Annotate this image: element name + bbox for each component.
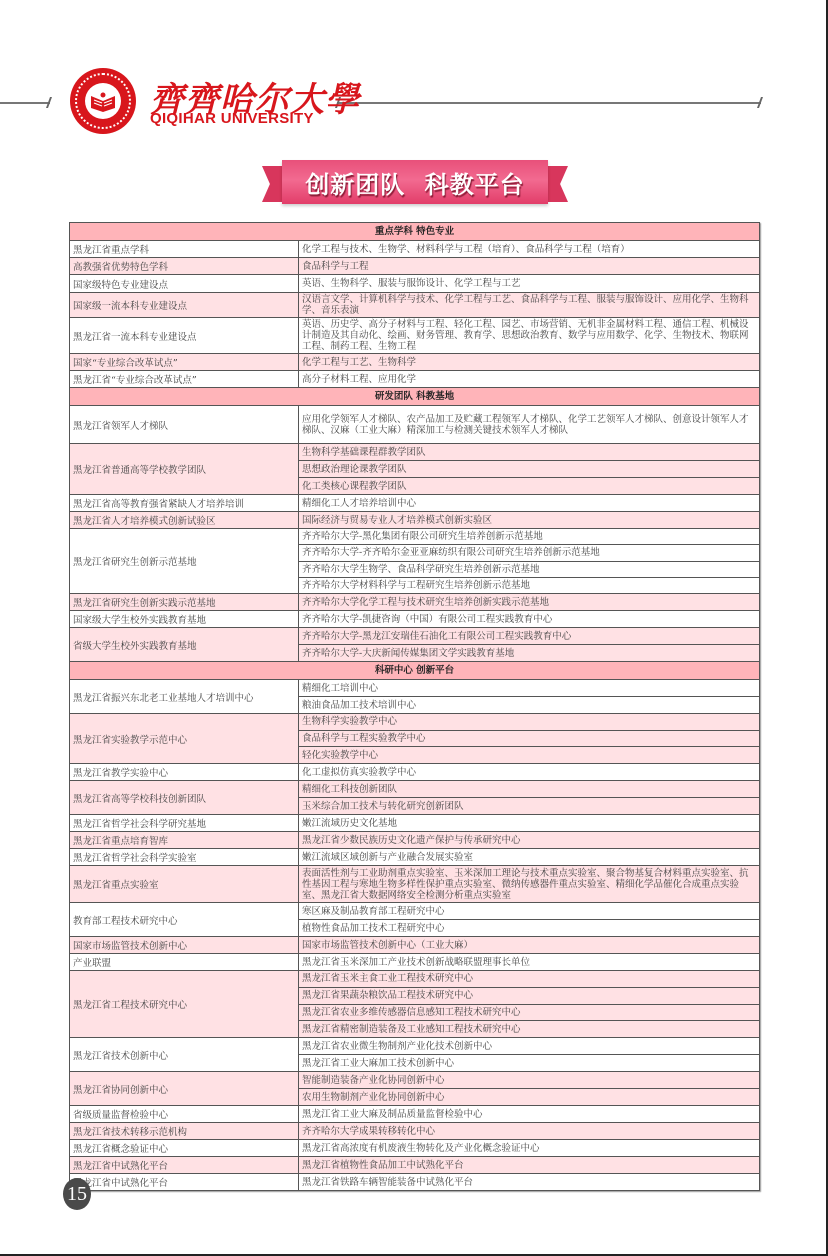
table-row: 黑龙江省教学实验中心化工虚拟仿真实验教学中心 xyxy=(70,764,759,781)
category-cell: 国家级特色专业建设点 xyxy=(70,275,299,292)
category-cell: 教育部工程技术研究中心 xyxy=(70,903,299,936)
table-row: 黑龙江省概念验证中心黑龙江省高浓度有机废液生物转化及产业化概念验证中心 xyxy=(70,1140,759,1157)
item-entry: 智能制造装备产业化协同创新中心 xyxy=(299,1072,759,1089)
item-entry: 轻化实验教学中心 xyxy=(299,747,759,763)
items-cell: 国际经济与贸易专业人才培养模式创新实验区 xyxy=(299,512,759,528)
item-entry: 黑龙江省高浓度有机废液生物转化及产业化概念验证中心 xyxy=(299,1140,759,1156)
items-cell: 黑龙江省农业微生物制剂产业化技术创新中心黑龙江省工业大麻加工技术创新中心 xyxy=(299,1038,759,1071)
university-seal-icon xyxy=(70,68,136,134)
category-cell: 黑龙江省高等教育强省紧缺人才培养培训 xyxy=(70,495,299,511)
items-cell: 齐齐哈尔大学-黑龙江安瑞佳石油化工有限公司工程实践教育中心齐齐哈尔大学-大庆新闻… xyxy=(299,628,759,661)
item-entry: 嫩江流域区域创新与产业融合发展实验室 xyxy=(299,849,759,865)
items-cell: 齐齐哈尔大学-黑化集团有限公司研究生培养创新示范基地齐齐哈尔大学-齐齐哈尔金亚亚… xyxy=(299,529,759,593)
page-number: 15 xyxy=(63,1178,91,1210)
category-cell: 国家市场监管技术创新中心 xyxy=(70,937,299,953)
table-row: 黑龙江省振兴东北老工业基地人才培训中心精细化工培训中心粮油食品加工技术培训中心 xyxy=(70,680,759,714)
item-entry: 精细化工科技创新团队 xyxy=(299,781,759,798)
item-entry: 齐齐哈尔大学-凯捷咨询（中国）有限公司工程实践教育中心 xyxy=(299,611,759,627)
table-row: 黑龙江省重点培育智库黑龙江省少数民族历史文化遗产保护与传承研究中心 xyxy=(70,832,759,849)
table-row: 产业联盟黑龙江省玉米深加工产业技术创新战略联盟理事长单位 xyxy=(70,954,759,971)
table-row: 国家“专业综合改革试点”化学工程与工艺、生物科学 xyxy=(70,354,759,371)
items-cell: 寒区麻及制品教育部工程研究中心植物性食品加工技术工程研究中心 xyxy=(299,903,759,936)
items-cell: 黑龙江省高浓度有机废液生物转化及产业化概念验证中心 xyxy=(299,1140,759,1156)
table-row: 黑龙江省协同创新中心智能制造装备产业化协同创新中心农用生物制剂产业化协同创新中心 xyxy=(70,1072,759,1106)
item-entry: 黑龙江省工业大麻加工技术创新中心 xyxy=(299,1055,759,1071)
section-banner: 创新团队 科教平台 xyxy=(262,160,568,208)
table-row: 国家级一流本科专业建设点汉语言文学、计算机科学与技术、化学工程与工艺、食品科学与… xyxy=(70,293,759,318)
item-entry: 齐齐哈尔大学-黑化集团有限公司研究生培养创新示范基地 xyxy=(299,529,759,545)
ribbon-body: 创新团队 科教平台 xyxy=(282,160,548,204)
item-entry: 植物性食品加工技术工程研究中心 xyxy=(299,920,759,936)
items-cell: 化学工程与技术、生物学、材料科学与工程（培育）、食品科学与工程（培育） xyxy=(299,241,759,257)
item-entry: 嫩江流域历史文化基地 xyxy=(299,815,759,831)
category-cell: 黑龙江省重点实验室 xyxy=(70,866,299,902)
table-row: 黑龙江省高等教育强省紧缺人才培养培训精细化工人才培养培训中心 xyxy=(70,495,759,512)
category-cell: 黑龙江省高等学校科技创新团队 xyxy=(70,781,299,814)
category-cell: 黑龙江省中试熟化平台 xyxy=(70,1157,299,1173)
item-entry: 黑龙江省农业多维传感器信息感知工程技术研究中心 xyxy=(299,1005,759,1022)
items-cell: 国家市场监管技术创新中心（工业大麻） xyxy=(299,937,759,953)
table-row: 黑龙江省哲学社会科学实验室嫩江流域区域创新与产业融合发展实验室 xyxy=(70,849,759,866)
section-header: 重点学科 特色专业 xyxy=(70,223,759,241)
item-entry: 生物科学基础课程群教学团队 xyxy=(299,444,759,461)
category-cell: 黑龙江省中试熟化平台 xyxy=(70,1174,299,1190)
category-cell: 省级质量监督检验中心 xyxy=(70,1106,299,1122)
category-cell: 黑龙江省协同创新中心 xyxy=(70,1072,299,1105)
item-entry: 思想政治理论课教学团队 xyxy=(299,461,759,478)
items-cell: 精细化工科技创新团队玉米综合加工技术与转化研究创新团队 xyxy=(299,781,759,814)
category-cell: 黑龙江省哲学社会科学研究基地 xyxy=(70,815,299,831)
items-cell: 黑龙江省少数民族历史文化遗产保护与传承研究中心 xyxy=(299,832,759,848)
table-row: 黑龙江省重点学科化学工程与技术、生物学、材料科学与工程（培育）、食品科学与工程（… xyxy=(70,241,759,258)
category-cell: 黑龙江省振兴东北老工业基地人才培训中心 xyxy=(70,680,299,713)
platforms-table: 重点学科 特色专业黑龙江省重点学科化学工程与技术、生物学、材料科学与工程（培育）… xyxy=(69,222,760,1191)
items-cell: 精细化工人才培养培训中心 xyxy=(299,495,759,511)
item-entry: 黑龙江省精密制造装备及工业感知工程技术研究中心 xyxy=(299,1021,759,1037)
category-cell: 黑龙江省技术创新中心 xyxy=(70,1038,299,1071)
category-cell: 黑龙江省工程技术研究中心 xyxy=(70,971,299,1037)
table-row: 黑龙江省领军人才梯队应用化学领军人才梯队、农产品加工及贮藏工程领军人才梯队、化学… xyxy=(70,406,759,444)
items-cell: 齐齐哈尔大学-凯捷咨询（中国）有限公司工程实践教育中心 xyxy=(299,611,759,627)
item-entry: 精细化工培训中心 xyxy=(299,680,759,697)
rule-tick xyxy=(757,97,763,108)
category-cell: 黑龙江省领军人才梯队 xyxy=(70,406,299,443)
item-entry: 齐齐哈尔大学化学工程与技术研究生培养创新实践示范基地 xyxy=(299,594,759,610)
category-cell: 国家级大学生校外实践教育基地 xyxy=(70,611,299,627)
item-entry: 齐齐哈尔大学成果转移转化中心 xyxy=(299,1123,759,1139)
items-cell: 齐齐哈尔大学化学工程与技术研究生培养创新实践示范基地 xyxy=(299,594,759,610)
items-cell: 汉语言文学、计算机科学与技术、化学工程与工艺、食品科学与工程、服装与服饰设计、应… xyxy=(299,293,759,317)
category-cell: 产业联盟 xyxy=(70,954,299,970)
category-cell: 黑龙江省实验教学示范中心 xyxy=(70,714,299,763)
book-emblem-icon xyxy=(90,92,116,112)
item-entry: 汉语言文学、计算机科学与技术、化学工程与工艺、食品科学与工程、服装与服饰设计、应… xyxy=(299,293,759,317)
item-entry: 黑龙江省农业微生物制剂产业化技术创新中心 xyxy=(299,1038,759,1055)
item-entry: 表面活性剂与工业助剂重点实验室、玉米深加工理论与技术重点实验室、聚合物基复合材料… xyxy=(299,866,759,902)
university-name-en: QIQIHAR UNIVERSITY xyxy=(150,110,314,127)
items-cell: 生物科学基础课程群教学团队思想政治理论课教学团队化工类核心课程教学团队 xyxy=(299,444,759,494)
items-cell: 高分子材料工程、应用化学 xyxy=(299,371,759,387)
category-cell: 黑龙江省一流本科专业建设点 xyxy=(70,318,299,353)
items-cell: 黑龙江省工业大麻及制品质量监督检验中心 xyxy=(299,1106,759,1122)
category-cell: 黑龙江省研究生创新实践示范基地 xyxy=(70,594,299,610)
items-cell: 表面活性剂与工业助剂重点实验室、玉米深加工理论与技术重点实验室、聚合物基复合材料… xyxy=(299,866,759,902)
table-row: 高教强省优势特色学科食品科学与工程 xyxy=(70,258,759,275)
table-row: 黑龙江省哲学社会科学研究基地嫩江流域历史文化基地 xyxy=(70,815,759,832)
table-row: 黑龙江省重点实验室表面活性剂与工业助剂重点实验室、玉米深加工理论与技术重点实验室… xyxy=(70,866,759,903)
item-entry: 齐齐哈尔大学-大庆新闻传媒集团文学实践教育基地 xyxy=(299,645,759,661)
table-row: 黑龙江省高等学校科技创新团队精细化工科技创新团队玉米综合加工技术与转化研究创新团… xyxy=(70,781,759,815)
item-entry: 农用生物制剂产业化协同创新中心 xyxy=(299,1089,759,1105)
table-row: 黑龙江省技术创新中心黑龙江省农业微生物制剂产业化技术创新中心黑龙江省工业大麻加工… xyxy=(70,1038,759,1072)
table-row: 国家市场监管技术创新中心国家市场监管技术创新中心（工业大麻） xyxy=(70,937,759,954)
category-cell: 黑龙江省人才培养模式创新试验区 xyxy=(70,512,299,528)
items-cell: 化工虚拟仿真实验教学中心 xyxy=(299,764,759,780)
item-entry: 黑龙江省玉米主食工业工程技术研究中心 xyxy=(299,971,759,988)
category-cell: 黑龙江省哲学社会科学实验室 xyxy=(70,849,299,865)
header-rule-left xyxy=(0,102,50,104)
item-entry: 黑龙江省玉米深加工产业技术创新战略联盟理事长单位 xyxy=(299,954,759,970)
table-row: 黑龙江省人才培养模式创新试验区国际经济与贸易专业人才培养模式创新实验区 xyxy=(70,512,759,529)
item-entry: 食品科学与工程 xyxy=(299,258,759,274)
item-entry: 英语、生物科学、服装与服饰设计、化学工程与工艺 xyxy=(299,275,759,292)
items-cell: 齐齐哈尔大学成果转移转化中心 xyxy=(299,1123,759,1139)
table-row: 国家级特色专业建设点英语、生物科学、服装与服饰设计、化学工程与工艺 xyxy=(70,275,759,293)
section-header: 研发团队 科教基地 xyxy=(70,388,759,406)
item-entry: 国际经济与贸易专业人才培养模式创新实验区 xyxy=(299,512,759,528)
table-row: 黑龙江省普通高等学校教学团队生物科学基础课程群教学团队思想政治理论课教学团队化工… xyxy=(70,444,759,495)
item-entry: 食品科学与工程实验教学中心 xyxy=(299,731,759,748)
category-cell: 黑龙江省重点培育智库 xyxy=(70,832,299,848)
items-cell: 黑龙江省植物性食品加工中试熟化平台 xyxy=(299,1157,759,1173)
banner-title: 创新团队 科教平台 xyxy=(305,165,524,200)
items-cell: 英语、生物科学、服装与服饰设计、化学工程与工艺 xyxy=(299,275,759,292)
table-row: 黑龙江省工程技术研究中心黑龙江省玉米主食工业工程技术研究中心黑龙江省果蔬杂粮饮品… xyxy=(70,971,759,1038)
item-entry: 应用化学领军人才梯队、农产品加工及贮藏工程领军人才梯队、化学工艺领军人才梯队、创… xyxy=(299,406,759,443)
table-row: 黑龙江省技术转移示范机构齐齐哈尔大学成果转移转化中心 xyxy=(70,1123,759,1140)
item-entry: 粮油食品加工技术培训中心 xyxy=(299,697,759,713)
items-cell: 应用化学领军人才梯队、农产品加工及贮藏工程领军人才梯队、化学工艺领军人才梯队、创… xyxy=(299,406,759,443)
item-entry: 化学工程与工艺、生物科学 xyxy=(299,354,759,370)
category-cell: 黑龙江省普通高等学校教学团队 xyxy=(70,444,299,494)
item-entry: 化工虚拟仿真实验教学中心 xyxy=(299,764,759,780)
table-row: 国家级大学生校外实践教育基地齐齐哈尔大学-凯捷咨询（中国）有限公司工程实践教育中… xyxy=(70,611,759,628)
item-entry: 齐齐哈尔大学生物学、食品科学研究生培养创新示范基地 xyxy=(299,562,759,578)
category-cell: 黑龙江省技术转移示范机构 xyxy=(70,1123,299,1139)
table-row: 黑龙江省一流本科专业建设点英语、历史学、高分子材料与工程、轻化工程、园艺、市场营… xyxy=(70,318,759,354)
category-cell: 国家“专业综合改革试点” xyxy=(70,354,299,370)
item-entry: 化工类核心课程教学团队 xyxy=(299,478,759,494)
table-row: 黑龙江省实验教学示范中心生物科学实验教学中心食品科学与工程实验教学中心轻化实验教… xyxy=(70,714,759,764)
header-rule-right xyxy=(337,102,761,104)
table-row: 省级大学生校外实践教育基地齐齐哈尔大学-黑龙江安瑞佳石油化工有限公司工程实践教育… xyxy=(70,628,759,662)
items-cell: 化学工程与工艺、生物科学 xyxy=(299,354,759,370)
category-cell: 国家级一流本科专业建设点 xyxy=(70,293,299,317)
table-row: 黑龙江省中试熟化平台黑龙江省植物性食品加工中试熟化平台 xyxy=(70,1157,759,1174)
item-entry: 齐齐哈尔大学-黑龙江安瑞佳石油化工有限公司工程实践教育中心 xyxy=(299,628,759,645)
category-cell: 黑龙江省教学实验中心 xyxy=(70,764,299,780)
items-cell: 黑龙江省玉米主食工业工程技术研究中心黑龙江省果蔬杂粮饮品工程技术研究中心黑龙江省… xyxy=(299,971,759,1037)
table-row: 省级质量监督检验中心黑龙江省工业大麻及制品质量监督检验中心 xyxy=(70,1106,759,1123)
category-cell: 高教强省优势特色学科 xyxy=(70,258,299,274)
item-entry: 精细化工人才培养培训中心 xyxy=(299,495,759,511)
items-cell: 嫩江流域区域创新与产业融合发展实验室 xyxy=(299,849,759,865)
category-cell: 黑龙江省概念验证中心 xyxy=(70,1140,299,1156)
category-cell: 省级大学生校外实践教育基地 xyxy=(70,628,299,661)
category-cell: 黑龙江省“专业综合改革试点” xyxy=(70,371,299,387)
rule-tick xyxy=(46,97,52,108)
item-entry: 国家市场监管技术创新中心（工业大麻） xyxy=(299,937,759,953)
items-cell: 食品科学与工程 xyxy=(299,258,759,274)
item-entry: 黑龙江省少数民族历史文化遗产保护与传承研究中心 xyxy=(299,832,759,848)
items-cell: 英语、历史学、高分子材料与工程、轻化工程、园艺、市场营销、无机非金属材料工程、通… xyxy=(299,318,759,353)
item-entry: 黑龙江省果蔬杂粮饮品工程技术研究中心 xyxy=(299,988,759,1005)
items-cell: 黑龙江省铁路车辆智能装备中试熟化平台 xyxy=(299,1174,759,1190)
table-row: 黑龙江省中试熟化平台黑龙江省铁路车辆智能装备中试熟化平台 xyxy=(70,1174,759,1190)
table-row: 黑龙江省研究生创新实践示范基地齐齐哈尔大学化学工程与技术研究生培养创新实践示范基… xyxy=(70,594,759,611)
item-entry: 齐齐哈尔大学材料科学与工程研究生培养创新示范基地 xyxy=(299,578,759,593)
item-entry: 齐齐哈尔大学-齐齐哈尔金亚亚麻纺织有限公司研究生培养创新示范基地 xyxy=(299,545,759,561)
items-cell: 精细化工培训中心粮油食品加工技术培训中心 xyxy=(299,680,759,713)
table-row: 教育部工程技术研究中心寒区麻及制品教育部工程研究中心植物性食品加工技术工程研究中… xyxy=(70,903,759,937)
items-cell: 智能制造装备产业化协同创新中心农用生物制剂产业化协同创新中心 xyxy=(299,1072,759,1105)
table-row: 黑龙江省“专业综合改革试点”高分子材料工程、应用化学 xyxy=(70,371,759,388)
item-entry: 化学工程与技术、生物学、材料科学与工程（培育）、食品科学与工程（培育） xyxy=(299,241,759,257)
item-entry: 寒区麻及制品教育部工程研究中心 xyxy=(299,903,759,920)
table-row: 黑龙江省研究生创新示范基地齐齐哈尔大学-黑化集团有限公司研究生培养创新示范基地齐… xyxy=(70,529,759,594)
item-entry: 黑龙江省工业大麻及制品质量监督检验中心 xyxy=(299,1106,759,1122)
items-cell: 生物科学实验教学中心食品科学与工程实验教学中心轻化实验教学中心 xyxy=(299,714,759,763)
items-cell: 黑龙江省玉米深加工产业技术创新战略联盟理事长单位 xyxy=(299,954,759,970)
item-entry: 玉米综合加工技术与转化研究创新团队 xyxy=(299,798,759,814)
item-entry: 生物科学实验教学中心 xyxy=(299,714,759,731)
item-entry: 黑龙江省铁路车辆智能装备中试熟化平台 xyxy=(299,1174,759,1190)
category-cell: 黑龙江省重点学科 xyxy=(70,241,299,257)
section-header: 科研中心 创新平台 xyxy=(70,662,759,680)
category-cell: 黑龙江省研究生创新示范基地 xyxy=(70,529,299,593)
item-entry: 高分子材料工程、应用化学 xyxy=(299,371,759,387)
items-cell: 嫩江流域历史文化基地 xyxy=(299,815,759,831)
item-entry: 黑龙江省植物性食品加工中试熟化平台 xyxy=(299,1157,759,1173)
item-entry: 英语、历史学、高分子材料与工程、轻化工程、园艺、市场营销、无机非金属材料工程、通… xyxy=(299,318,759,353)
